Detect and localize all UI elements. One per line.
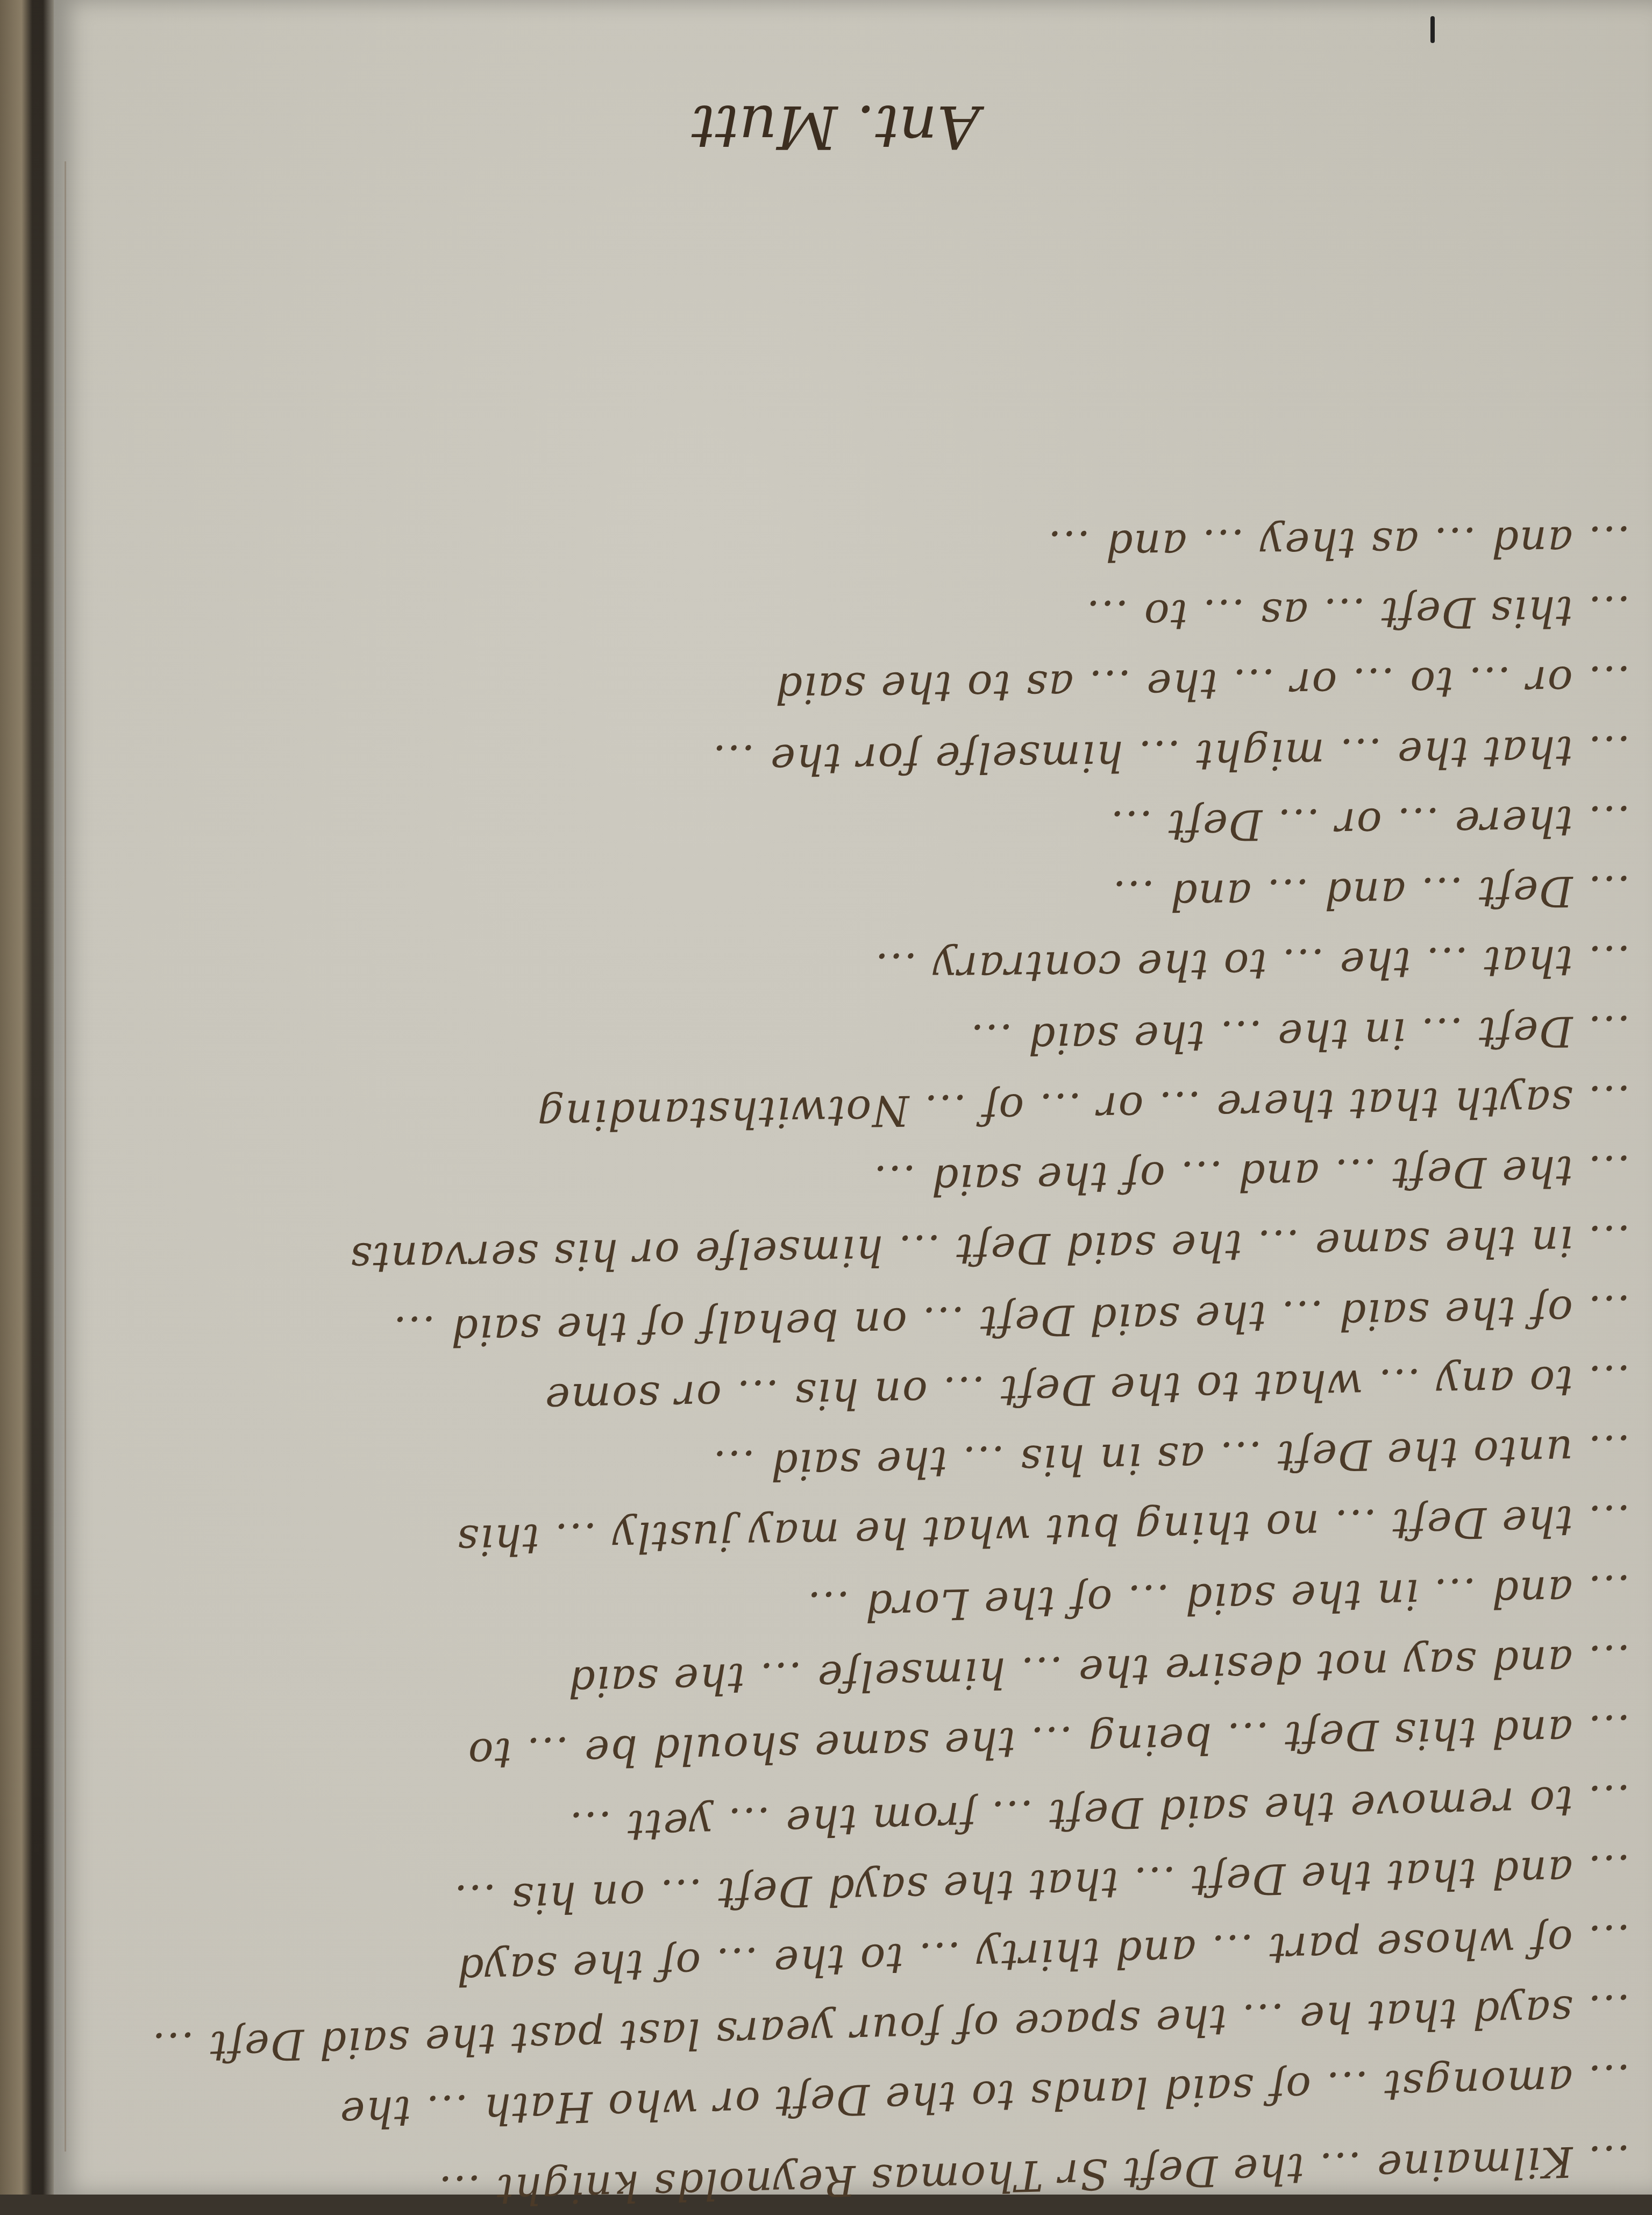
rotated-content: ... Kilmaine ... the Deft Sr Thomas Reyn… (54, 0, 1652, 2195)
ink-mark (1430, 16, 1435, 43)
text-line: ... and ... in the said ... of the Lord … (806, 1565, 1631, 1631)
text-line: ... Deft ... in the ... the said ... (970, 1006, 1631, 1063)
text-line: ... and this Deft ... being ... the same… (467, 1705, 1631, 1778)
text-line: ... of whose part ... and thirty ... to … (455, 1915, 1632, 1994)
text-line: ... and that the Deft ... that the sayd … (453, 1845, 1631, 1924)
text-line: ... and ... as they ... and ... (1047, 516, 1631, 570)
text-line: ... to any ... what to the Deft ... on h… (544, 1355, 1631, 1423)
text-line: ... this Deft ... as ... to ... (1085, 586, 1630, 640)
text-line: ... Deft ... and ... and ... (1112, 866, 1630, 920)
manuscript-page: ... Kilmaine ... the Deft Sr Thomas Reyn… (54, 0, 1652, 2195)
text-line: ... amongst ... of said lands to the Def… (338, 2055, 1631, 2137)
text-line: ... sayd that he ... the space of four y… (151, 1985, 1631, 2072)
text-line: ... or ... to ... or ... the ... as to t… (774, 656, 1631, 712)
text-line: ... the Deft ... no thing but what he ma… (456, 1495, 1631, 1564)
text-line: ... the Deft ... and ... of the said ... (873, 1146, 1631, 1205)
text-line: ... and say not desire the ... himselfe … (567, 1635, 1631, 1706)
text-line: ... in the same ... the said Deft ... hi… (349, 1216, 1631, 1282)
text-line: ... of the said ... the said Deft ... on… (392, 1286, 1631, 1355)
signature: Ant. Mutt (692, 93, 980, 161)
text-line: ... that the ... might ... himselfe for … (711, 726, 1630, 784)
text-line: ... to remove the said Deft ... from the… (568, 1775, 1632, 1851)
text-line: ... unto the Deft ... as in his ... the … (712, 1425, 1631, 1490)
text-line: ... there ... or ... Deft ... (1109, 796, 1631, 850)
text-line: ... Kilmaine ... the Deft Sr Thomas Reyn… (437, 2135, 1631, 2195)
text-line: ... sayth that there ... or ... of ... N… (536, 1076, 1631, 1139)
text-line: ... that ... the ... to the contrary ... (874, 936, 1630, 992)
